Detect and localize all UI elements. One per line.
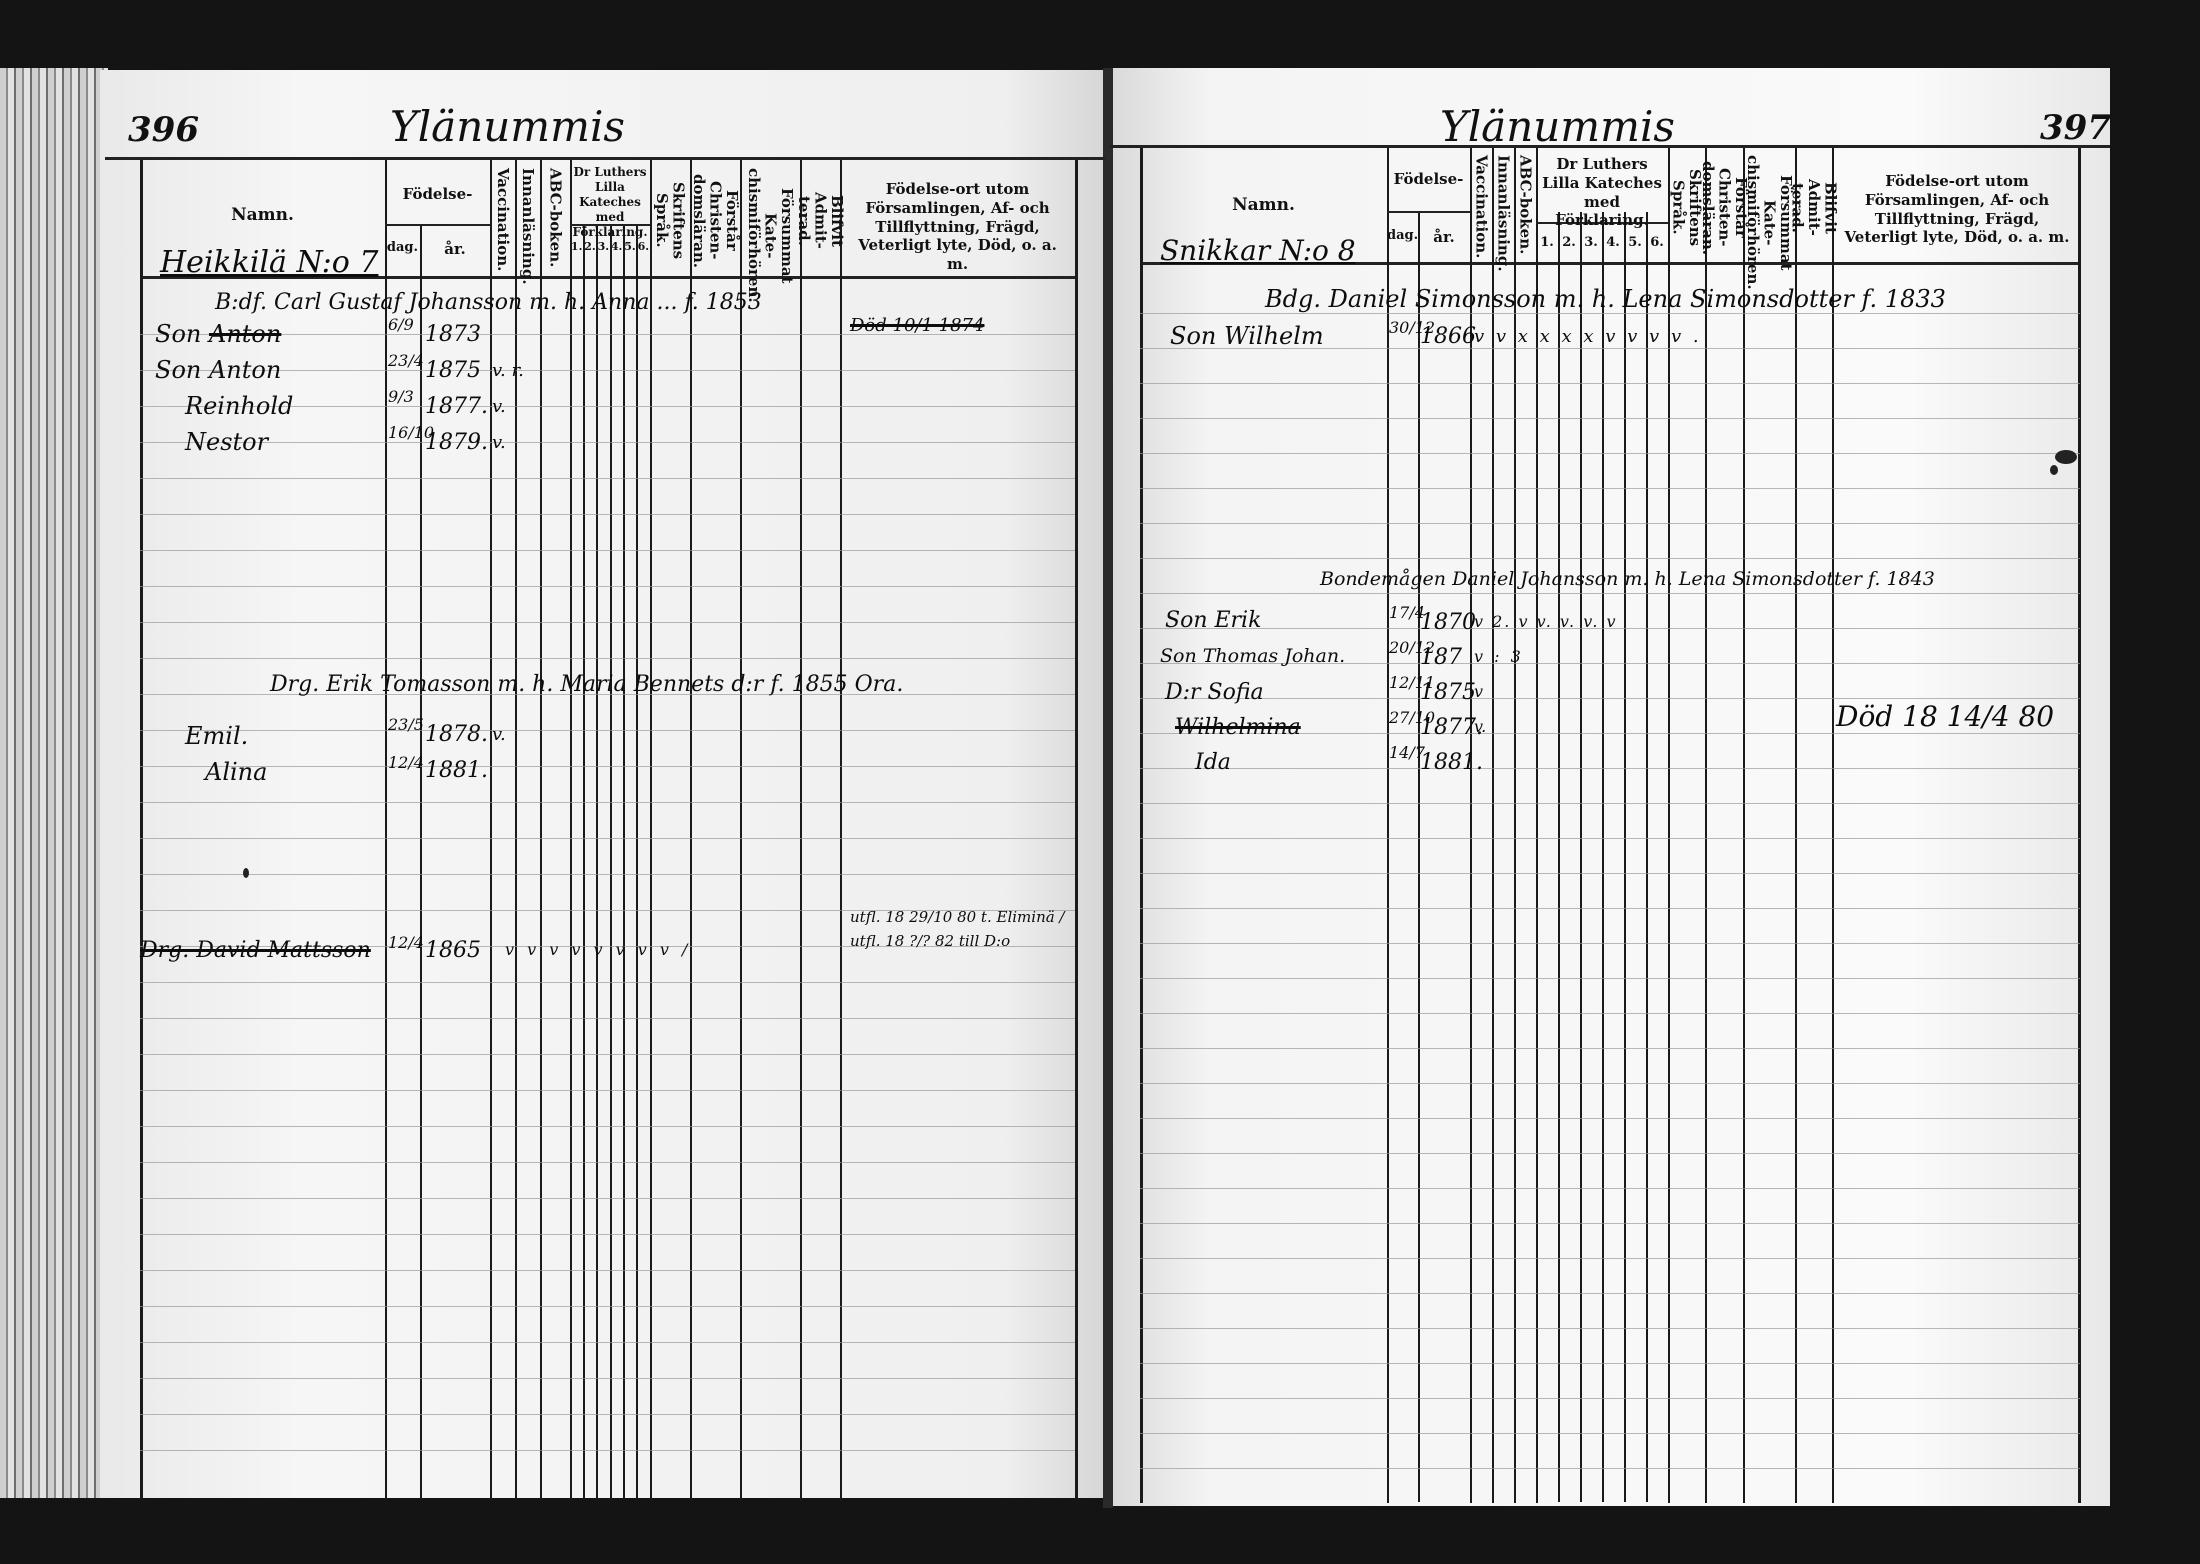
right-page-number: 397 [2040, 108, 2111, 148]
col-line [1075, 160, 1078, 1500]
col-line [1558, 212, 1560, 1502]
entry-ar: 1877. [425, 394, 488, 419]
entry-dag: 6/9 [388, 315, 414, 334]
col-line [570, 160, 572, 1500]
header-abc-boken: ABC-boken. [540, 168, 570, 273]
entry-dag: 12/4 [388, 753, 424, 772]
header-innanlasning: Innanläsning. [1492, 155, 1514, 260]
entry-name: Son Anton [155, 320, 281, 348]
header-forsummat: Försummat Kate-chismiförhören. [740, 168, 800, 273]
katekes-col-5: 5. [624, 240, 635, 254]
entry-household-head: Bdg. Daniel Simonsson m. h. Lena Simonsd… [1265, 285, 1946, 313]
entry-ar: 187 [1420, 645, 1462, 670]
col-line [740, 160, 742, 1500]
entry-ar: 1875 [425, 358, 481, 383]
entry-note: Död 10/1 1874 [850, 315, 984, 336]
entry-dag: 23/4 [388, 351, 424, 370]
entry-note-dod: Död 18 14/4 80 [1836, 700, 2054, 733]
entry-ar: 1879. [425, 430, 488, 455]
entry-household-head: Drg. Erik Tomasson m. h. Maria Bennets d… [270, 672, 903, 697]
header-forsummat: Försummat Kate-chismiförhören. [1743, 155, 1795, 260]
header-fodelse: Födelse- [1387, 170, 1470, 189]
katekes-col-4: 4. [1606, 235, 1620, 251]
book-gutter [1103, 68, 1113, 1508]
header-notes: Födelse-ort utom Församlingen, Af- och T… [1842, 172, 2072, 247]
col-line [1140, 148, 1143, 1503]
col-line [610, 225, 612, 1500]
entry-ar: 1870 [1420, 610, 1476, 635]
header-forstar: Förstår Christen-domsläran. [1705, 155, 1743, 260]
entry-dag: 23/5 [388, 715, 424, 734]
col-line [1536, 148, 1538, 1503]
header-dag: dag. [1387, 228, 1418, 244]
header-fodelse: Födelse- [385, 185, 490, 204]
katekes-col-1: 1. [571, 240, 582, 254]
header-vaccination: Vaccination. [490, 168, 515, 273]
homestead-snikkar: Snikkar N:o 8 [1160, 234, 1356, 267]
col-line [690, 160, 692, 1500]
header-namn: Namn. [140, 205, 385, 226]
katekes-col-6: 6. [638, 240, 649, 254]
entry-ar: 1875 [1420, 680, 1476, 705]
entry-ar: 1873 [425, 322, 481, 347]
header-katekes: Dr Luthers Lilla Kateches med Förklaring… [1536, 155, 1668, 230]
col-line [1795, 148, 1797, 1503]
entry-marks: v 2. v v. v. v. v [1474, 612, 1618, 631]
col-line [1492, 148, 1494, 1503]
col-line [1580, 212, 1582, 1502]
col-line [1470, 148, 1472, 1503]
col-line [1705, 148, 1707, 1503]
entry-marks: v. r. [492, 360, 524, 381]
katekes-col-2: 2. [1562, 235, 1576, 251]
col-line [385, 160, 387, 1500]
col-line [583, 225, 585, 1500]
col-line [623, 225, 625, 1500]
col-line [636, 225, 638, 1500]
col-line [140, 160, 143, 1500]
header-katekes: Dr Luthers Lilla Kateches med Förklaring… [570, 165, 650, 240]
left-page-number: 396 [128, 110, 199, 150]
entry-name: Alina [205, 758, 267, 786]
katekes-col-1: 1. [1540, 235, 1554, 251]
entry-name: Nestor [185, 428, 268, 456]
col-line [800, 160, 802, 1500]
header-vaccination: Vaccination. [1470, 155, 1492, 260]
katekes-col-4: 4. [611, 240, 622, 254]
ink-blot [243, 868, 249, 878]
header-notes: Födelse-ort utom Församlingen, Af- och T… [850, 180, 1065, 274]
entry-name: Son Anton [155, 356, 281, 384]
col-line [1743, 148, 1745, 1503]
entry-name: Son Wilhelm [1170, 322, 1324, 350]
entry-marks: v : 3 [1474, 647, 1524, 666]
entry-ar: 1881. [1420, 750, 1483, 775]
right-village-title: Ylänummis [1440, 102, 1675, 151]
entry-name: Wilhelmina [1175, 715, 1301, 740]
header-katekes-cols: 1. 2. 3. 4. 5. 6. [1536, 235, 1668, 251]
col-line [1646, 212, 1648, 1502]
right-page [1110, 68, 2110, 1506]
entry-ar: 1878. [425, 722, 488, 747]
col-line [1418, 212, 1420, 1502]
katekes-col-5: 5. [1628, 235, 1642, 251]
entry-marks: v v x x x x v v v v . [1474, 326, 1702, 347]
entry-marks: v. [492, 432, 506, 453]
top-rule [1110, 145, 2110, 148]
col-line [1514, 148, 1516, 1503]
katekes-col-3: 3. [598, 240, 609, 254]
homestead-heikkila: Heikkilä N:o 7 [160, 245, 378, 280]
col-line [1668, 148, 1670, 1503]
entry-ar: 1881. [425, 758, 488, 783]
col-line [650, 160, 652, 1500]
col-line [1387, 148, 1389, 1503]
col-line [840, 160, 842, 1500]
subheader-rule [385, 224, 490, 226]
header-innanlasning: Innanläsning. [515, 168, 540, 273]
entry-name: Drg. David Mattsson [140, 938, 371, 963]
header-ar: år. [1418, 228, 1470, 247]
col-line [540, 160, 542, 1500]
col-line [420, 225, 422, 1500]
entry-name: Emil. [185, 722, 248, 750]
entry-marks: v. [1474, 717, 1486, 736]
col-line [2078, 148, 2081, 1503]
entry-dag: 12/4 [388, 933, 424, 952]
entry-household-head: B:df. Carl Gustaf Johansson m. h. Anna .… [215, 290, 762, 315]
header-blifvit: Blifvit Admit-terad. [800, 168, 840, 273]
header-forstar: Förstår Christen-domsläran. [690, 168, 740, 273]
entry-name: Son Thomas Johan. [1160, 645, 1345, 667]
entry-ar: 1866 [1420, 324, 1476, 349]
ink-blot [2050, 465, 2058, 475]
entry-ar: 1865 [425, 938, 481, 963]
entry-household-head: Bondemågen Daniel Johansson m. h. Lena S… [1320, 568, 1935, 590]
entry-marks: v. [492, 396, 506, 417]
entry-marks: v v v v v v v v / [505, 940, 691, 959]
ink-blot [2055, 450, 2077, 464]
header-namn: Namn. [1140, 195, 1387, 216]
entry-name: Ida [1195, 750, 1231, 775]
header-ar: år. [420, 240, 490, 259]
katekes-col-2: 2. [584, 240, 595, 254]
subheader-rule [1387, 211, 1470, 213]
book-page-edges [0, 68, 108, 1498]
entry-marks: v. [492, 724, 506, 745]
header-skriftens-sprak: Skriftens Språk. [650, 168, 690, 273]
header-abc-boken: ABC-boken. [1514, 155, 1536, 260]
top-rule [105, 157, 1105, 160]
entry-marks: v [1474, 682, 1483, 701]
header-blifvit: Blifvit Admit-terad. [1795, 155, 1832, 260]
entry-name: D:r Sofia [1165, 680, 1264, 705]
col-line [596, 225, 598, 1500]
entry-name: Son Erik [1165, 608, 1261, 633]
katekes-col-3: 3. [1584, 235, 1598, 251]
header-katekes-cols: 1. 2. 3. 4. 5. 6. [570, 240, 650, 254]
left-village-title: Ylänummis [390, 102, 625, 151]
col-line [1602, 212, 1604, 1502]
entry-dag: 9/3 [388, 387, 414, 406]
col-line [1832, 148, 1834, 1503]
entry-name: Reinhold [185, 392, 293, 420]
katekes-col-6: 6. [1650, 235, 1664, 251]
col-line [1624, 212, 1626, 1502]
header-dag: dag. [385, 240, 420, 256]
entry-note: utfl. 18 29/10 80 t. Eliminä / utfl. 18 … [850, 905, 1070, 953]
